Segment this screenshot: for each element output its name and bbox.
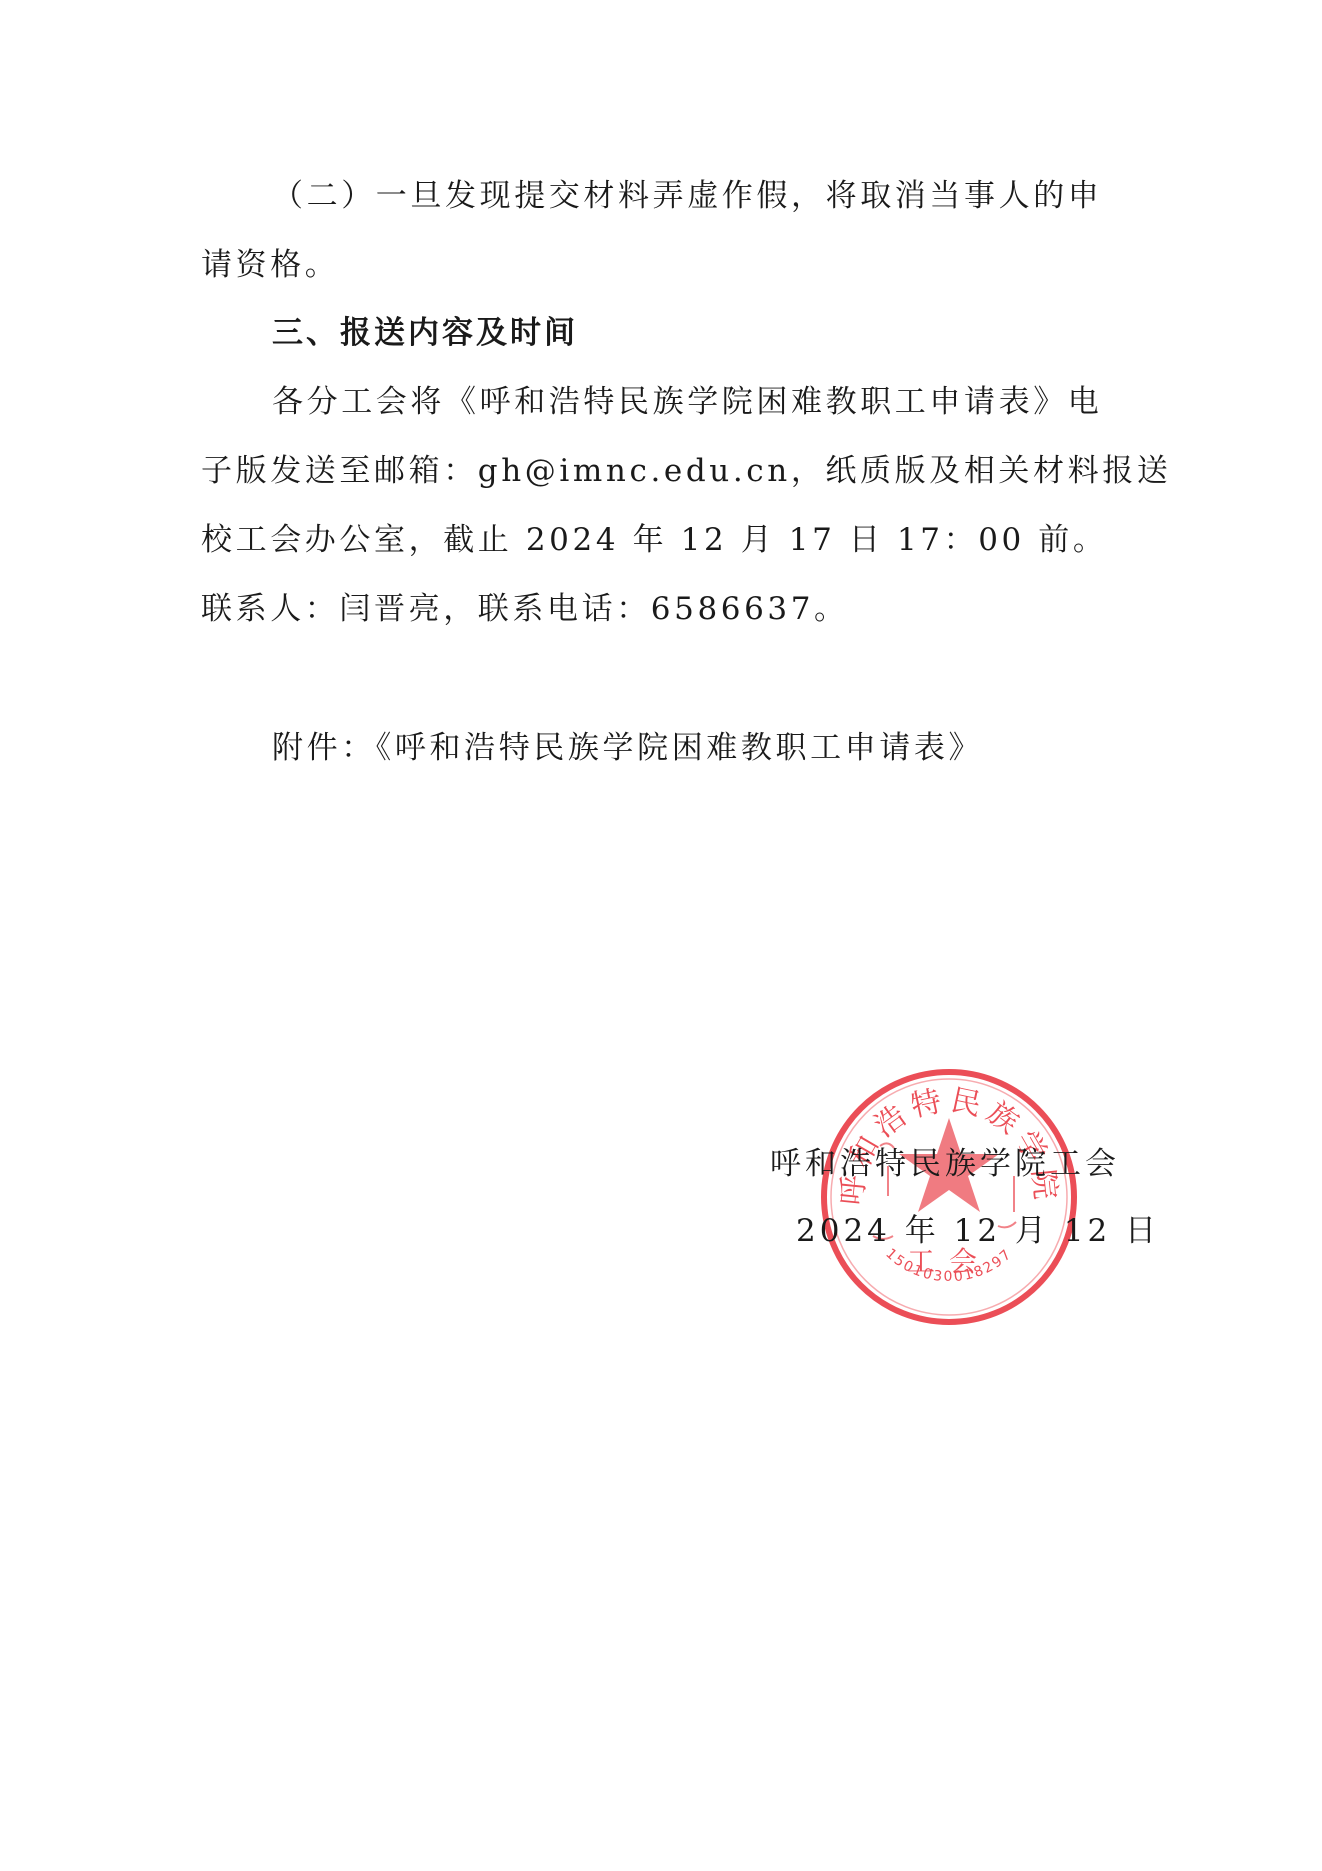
signature-date: 2024 年 12 月 12 日 xyxy=(796,1211,1160,1251)
section-heading-submission: 三、报送内容及时间 xyxy=(272,313,1202,353)
contact-line: 联系人：闫晋亮，联系电话：6586637。 xyxy=(201,589,1131,629)
signature-organization: 呼和浩特民族学院工会 xyxy=(770,1144,1120,1184)
attachment-line: 附件：《呼和浩特民族学院困难教职工申请表》 xyxy=(272,728,1202,768)
submission-paragraph-line-2: 子版发送至邮箱：gh@imnc.edu.cn，纸质版及相关材料报送 xyxy=(201,451,1131,491)
paragraph-2-falsification-clause: （二）一旦发现提交材料弄虚作假，将取消当事人的申 xyxy=(272,176,1202,216)
submission-paragraph-line-3: 校工会办公室，截止 2024 年 12 月 17 日 17：00 前。 xyxy=(201,520,1131,560)
document-page: （二）一旦发现提交材料弄虚作假，将取消当事人的申 请资格。 三、报送内容及时间 … xyxy=(0,0,1322,1871)
official-seal-icon: 呼和浩特民族学院 工会 15010300182​97 xyxy=(818,1066,1080,1328)
paragraph-2-continuation: 请资格。 xyxy=(201,245,1131,285)
submission-paragraph-line-1: 各分工会将《呼和浩特民族学院困难教职工申请表》电 xyxy=(272,382,1202,422)
